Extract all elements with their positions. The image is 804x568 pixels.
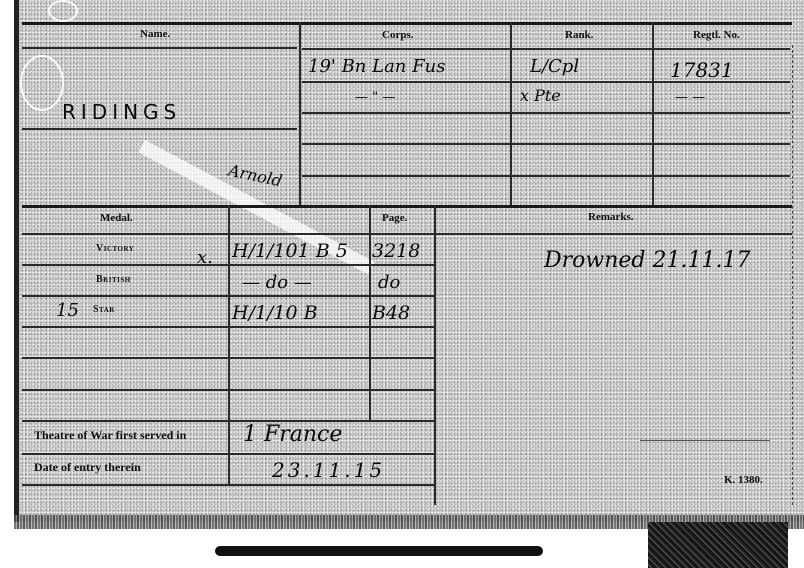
- row-line-2: [302, 112, 790, 114]
- header-underline: [302, 48, 790, 50]
- medal-mark-star: 15: [56, 300, 79, 321]
- row-line-4: [302, 175, 790, 177]
- corps-header: Corps.: [382, 29, 413, 41]
- corps-value-1: 19' Bn Lan Fus: [308, 56, 445, 77]
- ink-circle-mark: [20, 55, 64, 111]
- medal-page-star: B48: [372, 302, 410, 324]
- col-divider-medal-roll: [228, 205, 230, 485]
- date-of-entry-value: 23.11.15: [272, 458, 385, 482]
- col-divider-rank-regtl: [652, 22, 654, 207]
- theatre-value: 1 France: [243, 422, 342, 447]
- regtl-no-header: Regtl. No.: [693, 29, 740, 41]
- medal-table-top: [22, 205, 792, 208]
- medal-name-british: British: [96, 274, 131, 285]
- medal-roll-british: — do —: [242, 272, 312, 293]
- medal-header: Medal.: [100, 212, 133, 224]
- rank-header: Rank.: [565, 29, 593, 41]
- home-indicator-bar[interactable]: [215, 546, 543, 556]
- medal-header-underline: [22, 233, 792, 235]
- remarks-header: Remarks.: [588, 211, 634, 223]
- col-divider-corps-rank: [510, 22, 512, 207]
- right-edge: [792, 45, 793, 505]
- top-border: [22, 22, 792, 25]
- medal-page-british: do: [378, 272, 400, 293]
- page-header: Page.: [382, 212, 407, 224]
- medal-roll-victory: H/1/101 B 5: [232, 240, 348, 262]
- col-divider-roll-page: [369, 205, 371, 420]
- row-line-3: [302, 143, 790, 145]
- regtl-no-value-2: — —: [675, 90, 705, 105]
- medal-name-star: Star: [93, 304, 115, 315]
- medal-page-victory: 3218: [372, 240, 420, 262]
- rank-value-1: L/Cpl: [530, 56, 579, 77]
- medal-roll-star: H/1/10 B: [232, 302, 318, 324]
- date-of-entry-label: Date of entry therein: [34, 460, 141, 475]
- name-header: Name.: [140, 28, 170, 40]
- header-underline-name: [22, 47, 297, 49]
- theatre-label: Theatre of War first served in: [34, 428, 186, 443]
- medal-mark-victory: x.: [197, 247, 213, 268]
- regtl-no-value-1: 17831: [670, 58, 734, 82]
- col-divider-name-corps: [299, 22, 301, 207]
- medal-name-victory: Victory: [96, 243, 134, 254]
- scan-dark-corner: [648, 522, 788, 568]
- name-row-line: [22, 128, 297, 130]
- rank-value-2: x Pte: [520, 86, 561, 105]
- col-divider-page-remarks: [434, 205, 436, 505]
- surname-value: RIDINGS: [62, 100, 181, 124]
- form-number: K. 1380.: [724, 474, 763, 486]
- remarks-value: Drowned 21.11.17: [544, 248, 750, 273]
- remarks-faint-line: [640, 440, 770, 441]
- ink-loop-mark: [48, 0, 78, 22]
- corps-value-2: — " —: [355, 90, 395, 105]
